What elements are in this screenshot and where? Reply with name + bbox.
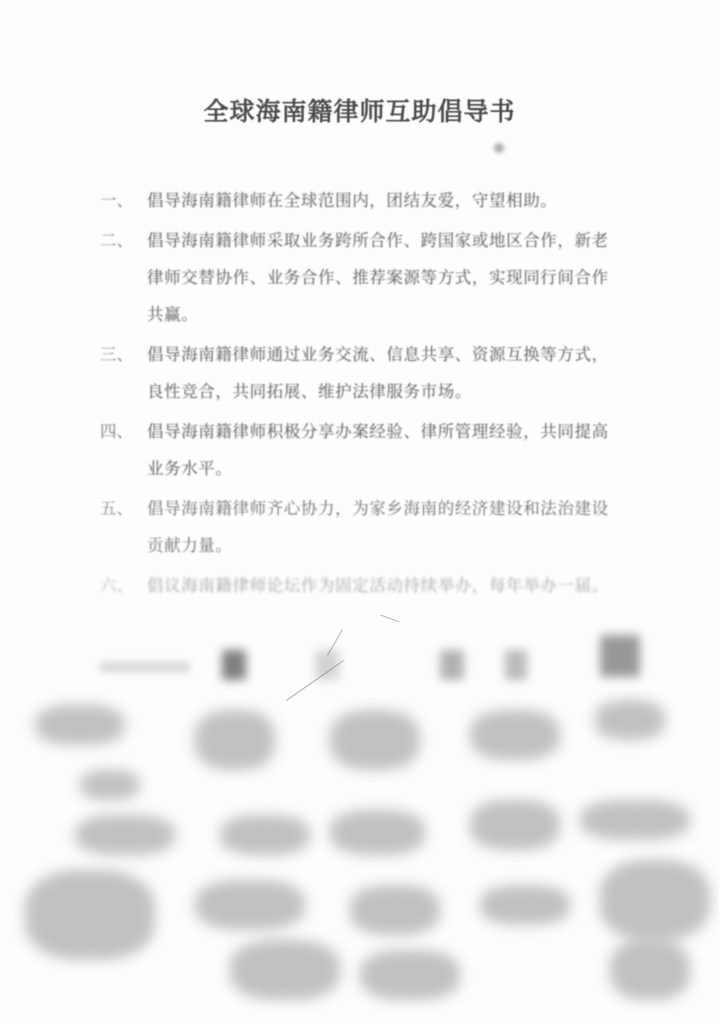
signature: [580, 800, 690, 840]
stamp: [600, 635, 640, 677]
document-page: 全球海南籍律师互助倡导书 一、 倡导海南籍律师在全球范围内，团结友爱，守望相助。…: [0, 0, 719, 1024]
stamp: [440, 650, 464, 680]
item-line: 倡导海南籍律师采取业务跨所合作、跨国家或地区合作，新老: [147, 227, 609, 251]
signature: [595, 700, 665, 740]
item-line: 倡议海南籍律师论坛作为固定活动持续举办，每年举办一届。: [147, 572, 609, 596]
item-line: 业务水平。: [147, 455, 233, 479]
item-line: 律师交替协作、业务合作、推荐案源等方式，实现同行间合作: [147, 264, 609, 288]
item-number: 四、: [100, 418, 140, 442]
signature: [75, 815, 175, 855]
item-line: 倡导海南籍律师积极分享办案经验、律所管理经验，共同提高: [147, 418, 609, 442]
signature: [330, 810, 425, 855]
item-line: 贡献力量。: [147, 532, 233, 556]
pen-stroke: [380, 615, 399, 623]
signature: [35, 705, 125, 745]
signature: [480, 885, 570, 925]
item-line: 倡导海南籍律师齐心协力，为家乡海南的经济建设和法治建设: [147, 495, 609, 519]
signature: [330, 710, 420, 770]
signature: [610, 940, 690, 1000]
signatory-label: [100, 662, 190, 672]
stamp: [505, 650, 527, 680]
item-line: 共赢。: [147, 301, 198, 325]
item-number: 三、: [100, 341, 140, 365]
document-title: 全球海南籍律师互助倡导书: [0, 92, 719, 128]
item-number: 六、: [100, 572, 140, 596]
signature: [195, 710, 275, 770]
item-line: 良性竞合，共同拓展、维护法律服务市场。: [147, 378, 472, 402]
item-number: 五、: [100, 495, 140, 519]
signature: [350, 885, 440, 935]
signature: [195, 880, 305, 930]
signature: [470, 710, 560, 760]
signature: [220, 815, 310, 855]
ink-smudge: [494, 143, 504, 153]
signature: [360, 950, 460, 1000]
item-line: 倡导海南籍律师通过业务交流、信息共享、资源互换等方式，: [147, 341, 609, 365]
signature: [470, 800, 560, 850]
signature: [25, 870, 155, 960]
signature-section: [0, 610, 719, 1024]
item-line: 倡导海南籍律师在全球范围内，团结友爱，守望相助。: [147, 187, 557, 211]
signature: [230, 940, 340, 1000]
signature: [80, 770, 140, 800]
stamp: [222, 650, 246, 680]
item-number: 一、: [100, 187, 140, 211]
item-number: 二、: [100, 227, 140, 251]
signature: [600, 860, 710, 940]
